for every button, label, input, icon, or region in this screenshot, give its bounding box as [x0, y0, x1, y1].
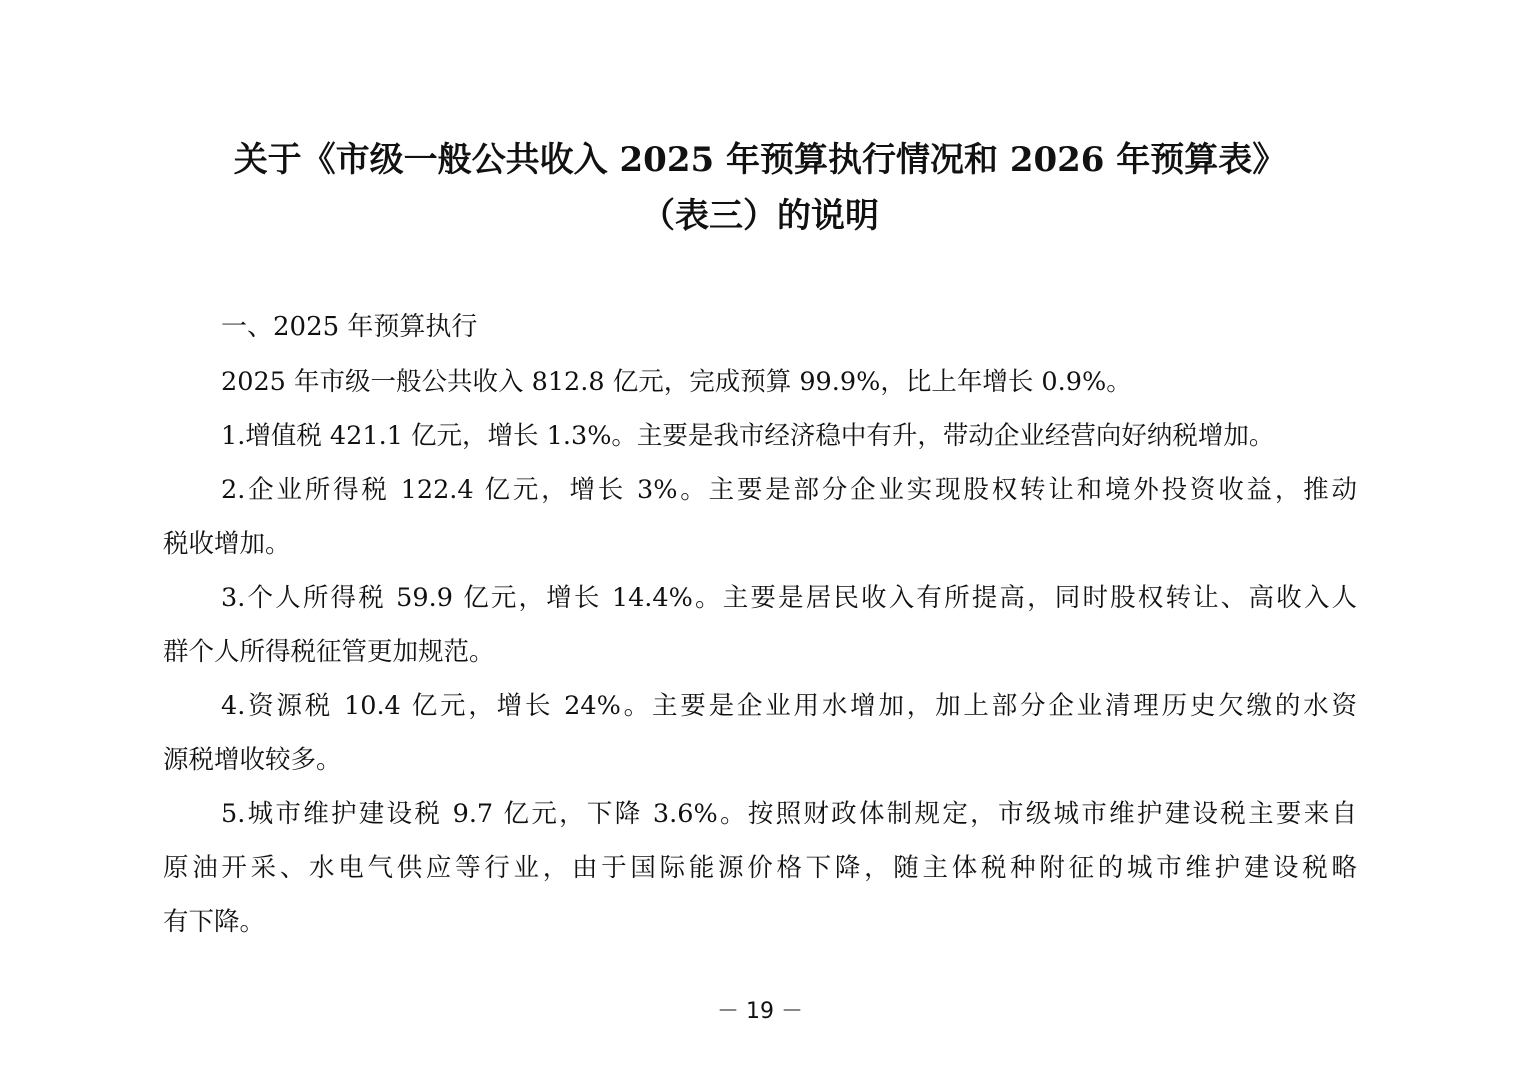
- item-3-line-2: 群个人所得税征管更加规范。: [163, 636, 495, 668]
- document-page: 关于《市级一般公共收入 2025 年预算执行情况和 2026 年预算表》 （表三…: [0, 0, 1520, 1074]
- item-5-line-2: 原油开采、水电气供应等行业，由于国际能源价格下降，随主体税种附征的城市维护建设税…: [163, 852, 1357, 884]
- item-3-line-1: 3.个人所得税 59.9 亿元，增长 14.4%。主要是居民收入有所提高，同时股…: [221, 582, 1357, 614]
- item-2-line-2: 税收增加。: [163, 528, 291, 560]
- item-5-line-1: 5.城市维护建设税 9.7 亿元，下降 3.6%。按照财政体制规定，市级城市维护…: [221, 798, 1357, 830]
- section-heading: 一、2025 年预算执行: [221, 311, 477, 343]
- item-1-line-1: 1.增值税 421.1 亿元，增长 1.3%。主要是我市经济稳中有升，带动企业经…: [221, 420, 1274, 452]
- document-title-line-1: 关于《市级一般公共收入 2025 年预算执行情况和 2026 年预算表》: [0, 140, 1520, 180]
- summary-paragraph: 2025 年市级一般公共收入 812.8 亿元，完成预算 99.9%，比上年增长…: [221, 366, 1132, 398]
- item-4-line-1: 4.资源税 10.4 亿元，增长 24%。主要是企业用水增加，加上部分企业清理历…: [221, 690, 1357, 722]
- page-number: － 19 －: [0, 998, 1520, 1026]
- item-5-line-3: 有下降。: [163, 906, 265, 938]
- document-title-line-2: （表三）的说明: [0, 196, 1520, 236]
- item-4-line-2: 源税增收较多。: [163, 744, 342, 776]
- item-2-line-1: 2.企业所得税 122.4 亿元，增长 3%。主要是部分企业实现股权转让和境外投…: [221, 474, 1357, 506]
